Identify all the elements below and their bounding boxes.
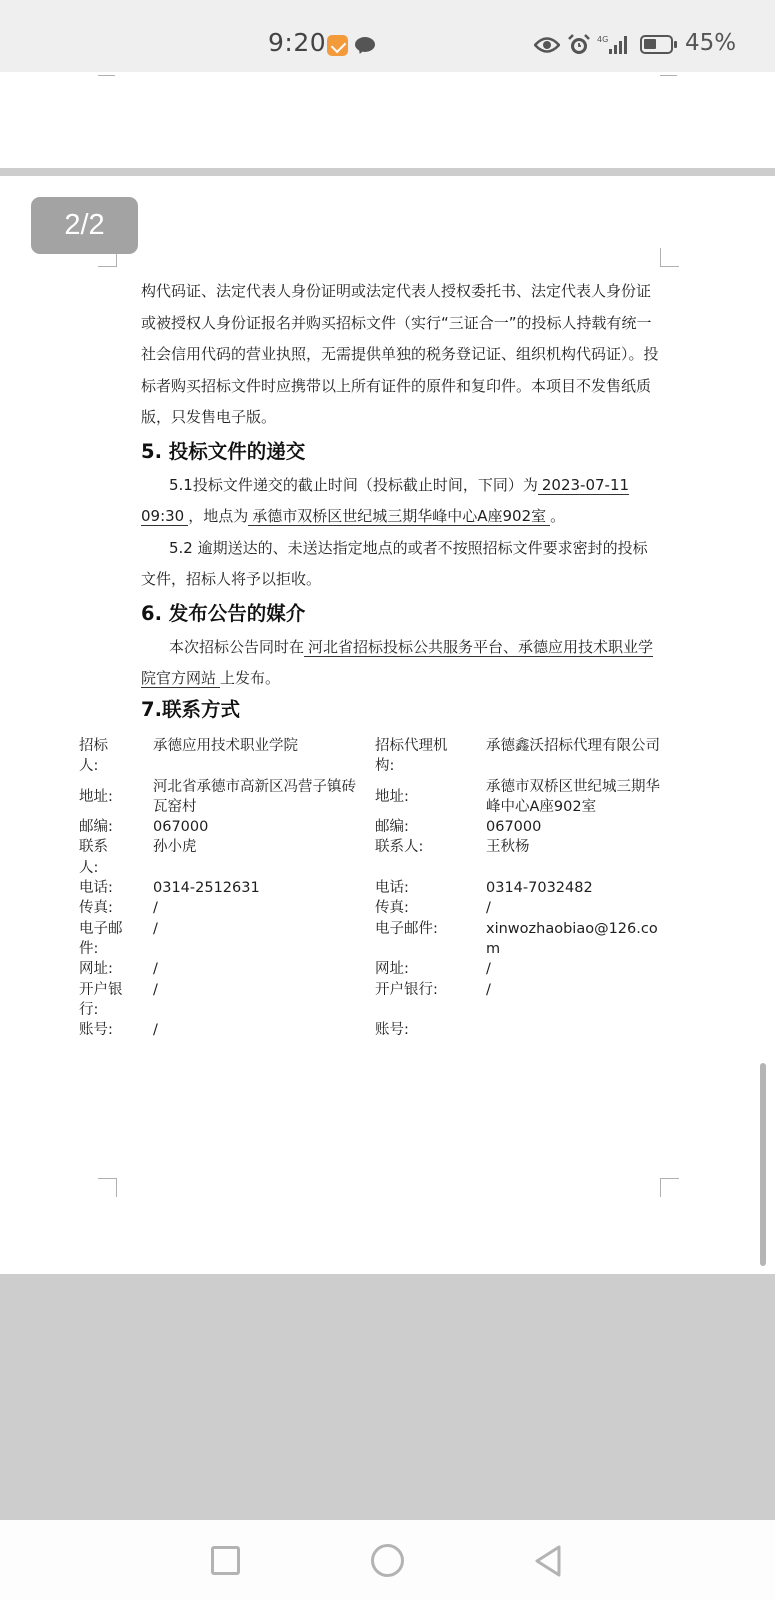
label: 电子邮件: [375,919,455,960]
message-icon [355,37,375,52]
table-row: 地址:河北省承德市高新区冯营子镇砖瓦窑村 [79,777,363,818]
label: 传真: [79,898,127,918]
label: 电话: [79,878,127,898]
signal-icon: 4G [597,33,633,61]
value: 0314-7032482 [486,878,662,898]
home-button[interactable] [371,1544,404,1577]
value: 承德应用技术职业学院 [153,736,363,777]
value: 0314-2512631 [153,878,363,898]
battery-percent: 45% [685,30,736,56]
eye-icon [534,36,560,58]
label: 招标人: [79,736,127,777]
value: 承德市双桥区世纪城三期华峰中心A座902室 [486,777,662,818]
label: 邮编: [79,817,127,837]
table-row: 电话:0314-7032482 [375,878,662,898]
table-row: 电子邮件:xinwozhaobiao@126.com [375,919,662,960]
app-notification-icon [327,35,348,56]
alarm-icon [567,33,591,61]
text: 。 [550,507,565,525]
label: 传真: [375,898,455,918]
section-6-heading: 6. 发布公告的媒介 [141,596,661,632]
value: / [486,980,662,1021]
crop-mark [98,1178,117,1197]
crop-mark [660,1178,679,1197]
table-row: 传真:/ [79,898,363,918]
table-row: 开户银行:/ [79,980,363,1021]
value: 承德鑫沃招标代理有限公司 [486,736,662,777]
text: 上发布。 [220,669,280,687]
section-7-heading: 7.联系方式 [141,695,661,725]
text: 本次招标公告同时在 [169,638,304,656]
table-row: 招标代理机构:承德鑫沃招标代理有限公司 [375,736,662,777]
table-row: 网址:/ [375,959,662,979]
label: 电子邮件: [79,919,127,960]
crop-mark [98,72,115,76]
value: / [153,980,363,1021]
document-body: 构代码证、法定代表人身份证明或法定代表人授权委托书、法定代表人身份证或被授权人身… [141,276,661,725]
label: 电话: [375,878,455,898]
vertical-scrollbar[interactable] [760,1063,766,1266]
value: / [486,959,662,979]
crop-mark [660,248,679,267]
label: 账号: [79,1020,127,1040]
label: 联系人: [375,837,455,878]
label: 地址: [375,787,455,807]
label: 招标代理机构: [375,736,455,777]
table-row: 开户银行:/ [375,980,662,1021]
crop-mark [660,72,677,76]
section-5-heading: 5. 投标文件的递交 [141,434,661,470]
intro-paragraph: 构代码证、法定代表人身份证明或法定代表人授权委托书、法定代表人身份证或被授权人身… [141,276,661,434]
location-value: 承德市双桥区世纪城三期华峰中心A座902室 [248,507,550,526]
section-5-1-paragraph: 5.1投标文件递交的截止时间（投标截止时间，下同）为2023-07-11 09:… [141,470,661,533]
value: / [153,1020,363,1040]
tenderer-contact-table: 招标人:承德应用技术职业学院 地址:河北省承德市高新区冯营子镇砖瓦窑村 邮编:0… [79,736,363,1040]
status-bar: 9:20 4G 45% [0,0,775,72]
table-row: 账号: [375,1020,662,1040]
label: 网址: [375,959,455,979]
page-indicator: 2/2 [31,197,138,254]
table-row: 邮编:067000 [375,817,662,837]
value: xinwozhaobiao@126.com [486,919,662,960]
recent-apps-button[interactable] [211,1546,240,1575]
label: 邮编: [375,817,455,837]
section-6-paragraph: 本次招标公告同时在河北省招标投标公共服务平台、承德应用技术职业学院官方网站上发布… [141,632,661,695]
table-row: 传真:/ [375,898,662,918]
value: / [153,919,363,960]
value: 孙小虎 [153,837,363,878]
text: ，地点为 [188,507,248,525]
agency-contact-table: 招标代理机构:承德鑫沃招标代理有限公司 地址:承德市双桥区世纪城三期华峰中心A座… [375,736,662,1040]
label: 开户银行: [79,980,127,1021]
table-row: 账号:/ [79,1020,363,1040]
battery-icon [640,35,673,54]
label: 地址: [79,787,127,807]
value: 067000 [486,817,662,837]
value: / [153,898,363,918]
value [486,1020,662,1040]
label: 账号: [375,1020,455,1040]
value: / [153,959,363,979]
table-row: 网址:/ [79,959,363,979]
label: 网址: [79,959,127,979]
text: 5.1投标文件递交的截止时间（投标截止时间，下同）为 [169,476,538,494]
table-row: 电子邮件:/ [79,919,363,960]
back-button[interactable] [533,1544,563,1582]
previous-page [0,72,775,168]
value: 067000 [153,817,363,837]
value: 王秋杨 [486,837,662,878]
table-row: 联系人:王秋杨 [375,837,662,878]
label: 开户银行: [375,980,455,1021]
clock: 9:20 [268,28,326,57]
section-5-2-paragraph: 5.2 逾期送达的、未送达指定地点的或者不按照招标文件要求密封的投标文件，招标人… [141,533,661,596]
table-row: 电话:0314-2512631 [79,878,363,898]
table-row: 邮编:067000 [79,817,363,837]
label: 联系人: [79,837,127,878]
table-row: 联系人:孙小虎 [79,837,363,878]
table-row: 地址:承德市双桥区世纪城三期华峰中心A座902室 [375,777,662,818]
value: 河北省承德市高新区冯营子镇砖瓦窑村 [153,777,363,818]
table-row: 招标人:承德应用技术职业学院 [79,736,363,777]
svg-text:4G: 4G [597,35,608,44]
value: / [486,898,662,918]
